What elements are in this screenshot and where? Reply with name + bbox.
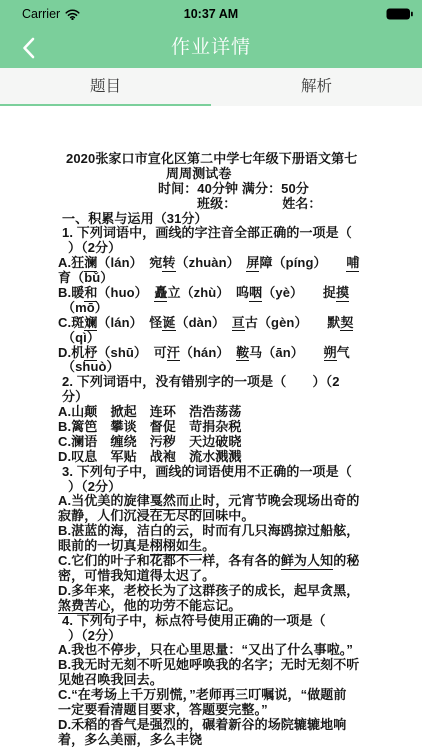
doc-line: （mō） — [58, 301, 382, 316]
doc-line: 着，多么美丽，多么丰饶 — [58, 733, 382, 748]
test-paper: 2020张家口市宣化区第二中学七年级下册语文第七周周测试卷时间：40分钟 满分：… — [0, 106, 422, 748]
doc-line: 分） — [58, 390, 382, 405]
doc-line: A.我也不停步，只在心里思量：“又出了什么事啦。” — [58, 643, 382, 658]
doc-line: 眼前的一切真是栩栩如生。 — [58, 539, 382, 554]
doc-line: 一定要看清题目要求，答题要完整。” — [58, 703, 382, 718]
doc-line: 2. 下列词语中，没有错别字的一项是（ ）（2 — [58, 375, 382, 390]
doc-line: 2020张家口市宣化区第二中学七年级下册语文第七 — [58, 152, 382, 167]
doc-line: C.澜语 缠绕 污秽 天边破晓 — [58, 435, 382, 450]
doc-line: ）（2分） — [58, 629, 382, 644]
doc-line: C.它们的叶子和花都不一样，各有各的鲜为人知的秘 — [58, 554, 382, 569]
doc-line: 班级： 姓名： — [58, 197, 382, 212]
doc-line: 见她召唤我回去。 — [58, 673, 382, 688]
doc-line: 煞费苦心，他的功劳不能忘记。 — [58, 599, 382, 614]
doc-line: （qì） — [58, 331, 382, 346]
doc-line: A.狂澜（lán） 宛转（zhuàn） 屏障（píng） 哺 — [58, 256, 382, 271]
page-title: 作业详情 — [0, 28, 422, 68]
status-bar: Carrier 10:37 AM — [0, 0, 422, 28]
doc-line: 一、积累与运用（31分） — [58, 212, 382, 227]
doc-line: ）（2分） — [58, 480, 382, 495]
doc-line: 周周测试卷 — [58, 167, 382, 182]
doc-line: ）（2分） — [58, 241, 382, 256]
clock: 10:37 AM — [0, 0, 422, 28]
doc-line: （shuò） — [58, 360, 382, 375]
doc-line: 密，可惜我知道得太迟了。 — [58, 569, 382, 584]
tab-analysis-label: 解析 — [301, 78, 332, 95]
doc-line: 1. 下列词语中，画线的字注音全部正确的一项是（ — [58, 226, 382, 241]
doc-line: B.湛蓝的海，洁白的云，时而有几只海鸥掠过船舷， — [58, 524, 382, 539]
doc-line: C.“在考场上千万别慌，”老师再三叮嘱说，“做题前 — [58, 688, 382, 703]
document-scroll-view[interactable]: 2020张家口市宣化区第二中学七年级下册语文第七周周测试卷时间：40分钟 满分：… — [0, 106, 422, 750]
tab-questions-label: 题目 — [90, 78, 121, 95]
doc-line: 时间：40分钟 满分：50分 — [58, 182, 382, 197]
tab-analysis[interactable]: 解析 — [211, 68, 422, 106]
doc-line: 3. 下列句子中，画线的词语使用不正确的一项是（ — [58, 465, 382, 480]
tab-bar: 题目 解析 — [0, 68, 422, 106]
doc-line: B.篱笆 攀谈 督促 苛捐杂税 — [58, 420, 382, 435]
doc-line: A.山颠 掀起 连环 浩浩荡荡 — [58, 405, 382, 420]
tab-questions[interactable]: 题目 — [0, 68, 211, 106]
doc-line: A.当优美的旋律戛然而止时，元宵节晚会现场出奇的 — [58, 494, 382, 509]
doc-line: B.暖和（huo） 矗立（zhù） 呜咽（yè） 捉摸 — [58, 286, 382, 301]
doc-line: D.叹息 军贴 战袍 流水溅溅 — [58, 450, 382, 465]
nav-bar: 作业详情 — [0, 28, 422, 68]
doc-line: 育（bǔ） — [58, 271, 382, 286]
doc-line: C.斑斓（lán） 怪诞（dàn） 亘古（gèn） 默契 — [58, 316, 382, 331]
doc-line: D.机杼（shū） 可汗（hán） 鞍马（ān） 朔气 — [58, 346, 382, 361]
doc-line: D.多年来，老校长为了这群孩子的成长，起早贪黑， — [58, 584, 382, 599]
doc-line: B.我无时无刻不听见她呼唤我的名字；无时无刻不听 — [58, 658, 382, 673]
app-screen: Carrier 10:37 AM — [0, 0, 422, 750]
battery-icon — [386, 8, 413, 20]
doc-line: 寂静，人们沉浸在无尽的回味中。 — [58, 509, 382, 524]
doc-line: 4. 下列句子中，标点符号使用正确的一项是（ — [58, 614, 382, 629]
doc-line: D.禾稻的香气是强烈的，碾着新谷的场院辘辘地响 — [58, 718, 382, 733]
